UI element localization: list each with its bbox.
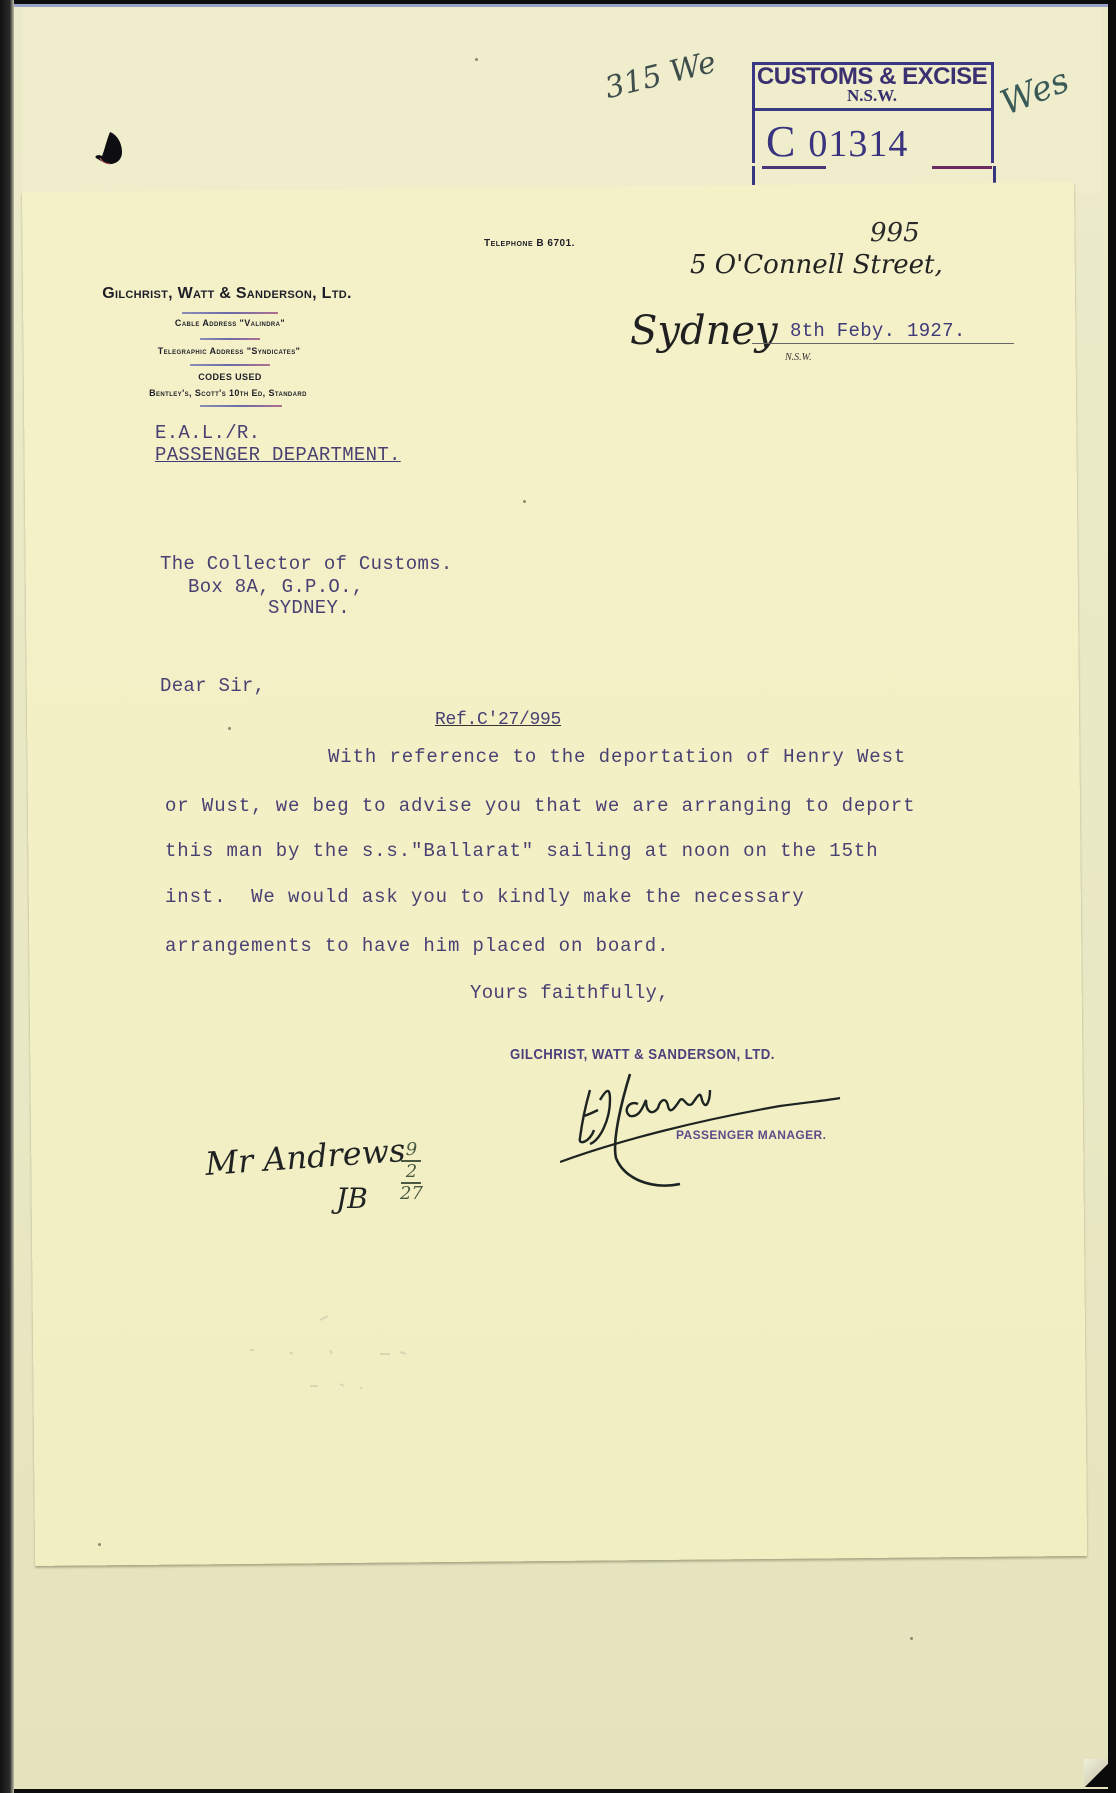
addressee-line-2: Box 8A, G.P.O., [188,576,364,598]
stamp-subtitle: N.S.W. [756,86,988,106]
letterhead-rule [200,338,260,340]
letterhead-codes: Bentley's, Scott's 10th Ed, Standard [108,388,348,398]
note-date-day: 9 [400,1140,423,1160]
reference-initials: E.A.L./R. [155,422,260,444]
paper-speck [98,1543,101,1546]
letterhead-rule [182,312,278,314]
paper-speck [475,58,478,61]
letterhead-rule [200,405,282,407]
letterhead-city: Sydney [630,308,778,354]
scan-left-edge [0,0,14,1793]
body-line: With reference to the deportation of Hen… [328,746,906,768]
body-line: arrangements to have him placed on board… [165,935,669,957]
letter-date: 8th Feby. 1927. [790,320,966,342]
date-rule [752,343,1014,344]
paper-speck [910,1637,913,1640]
scan-right-edge [1108,0,1116,1793]
handwritten-file-number: 995 [870,218,920,248]
letterhead-rule [190,364,270,366]
body-line: this man by the s.s."Ballarat" sailing a… [165,840,879,862]
addressee-line-3: SYDNEY. [268,597,350,619]
letterhead-company: Gilchrist, Watt & Sanderson, Ltd. [62,285,392,303]
letterhead-street: 5 O'Connell Street, [690,250,943,280]
salutation: Dear Sir, [160,675,265,697]
stamp-prefix: C [766,117,796,166]
paper-speck [228,727,231,730]
stamp-number-value: 01314 [808,123,908,165]
folded-corner [1084,1759,1108,1787]
paper-speck [523,500,526,503]
note-date-year: 27 [400,1184,423,1204]
handwritten-note-date: 9 2 27 [400,1140,423,1204]
reference-department: PASSENGER DEPARTMENT. [155,444,401,466]
stamp-number: C01314 [766,116,908,167]
body-line: or Wust, we beg to advise you that we ar… [165,795,915,817]
addressee-line-1: The Collector of Customs. [160,553,453,575]
letterhead-cable-address: Cable Address "Valindra" [120,318,340,328]
letterhead-telegraphic-address: Telegraphic Address "Syndicates" [104,346,354,356]
bleed-through-marks [230,1310,490,1400]
stamp-divider [752,108,991,111]
note-date-month: 2 [400,1162,423,1182]
letterhead-codes-heading: Codes Used [180,372,280,382]
closing: Yours faithfully, [470,982,669,1004]
handwritten-note-initials: JB [336,1182,368,1215]
letterhead-state: N.S.W. [785,352,812,363]
subject-reference: Ref.C'27/995 [435,710,561,730]
punch-hole-icon [92,130,134,168]
body-line: inst. We would ask you to kindly make th… [165,886,805,908]
letterhead-telephone: Telephone B 6701. [484,238,575,249]
signatory-title: PASSENGER MANAGER. [676,1128,826,1142]
